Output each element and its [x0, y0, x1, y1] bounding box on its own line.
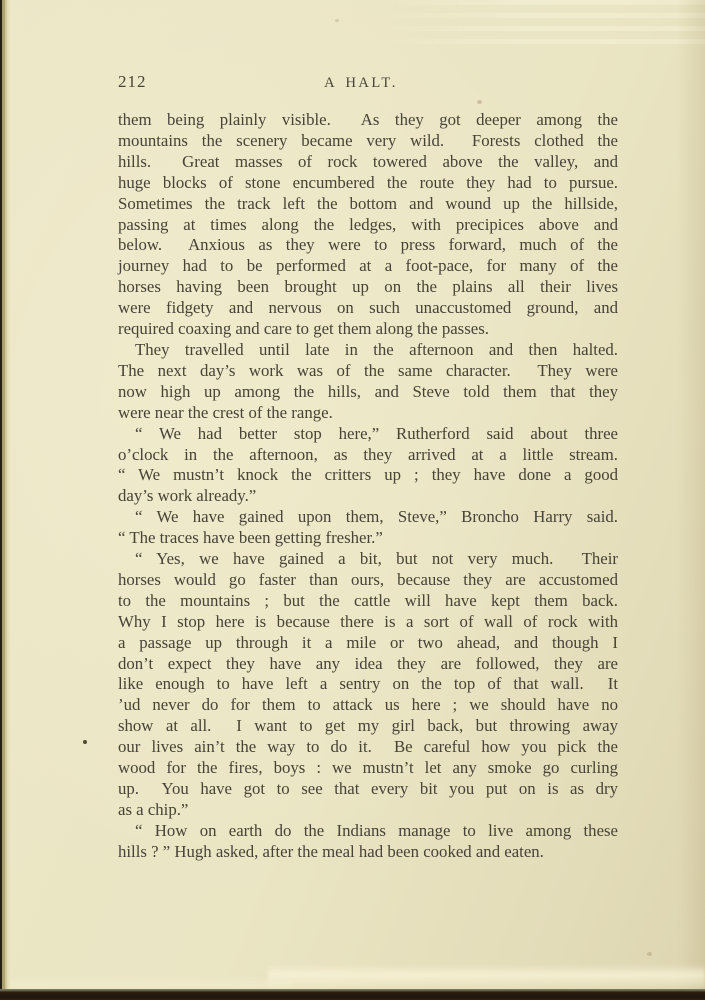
text-line: “ We had better stop here,” Rutherford s… — [118, 424, 618, 445]
text-line: Sometimes the track left the bottom and … — [118, 194, 618, 215]
running-head-title: A HALT. — [118, 75, 604, 92]
speck — [477, 100, 482, 104]
text-line: passing at times along the ledges, with … — [118, 215, 618, 236]
text-line: required coaxing and care to get them al… — [118, 319, 618, 340]
text-line: were near the crest of the range. — [118, 403, 618, 424]
text-line: don’t expect they have any idea they are… — [118, 654, 618, 675]
text-line: “ The traces have been getting fresher.” — [118, 528, 618, 549]
text-line: as a chip.” — [118, 800, 618, 821]
text-line: journey had to be performed at a foot-pa… — [118, 256, 618, 277]
text-line: up. You have got to see that every bit y… — [118, 779, 618, 800]
speck — [335, 19, 339, 22]
book-bottom-edge — [0, 989, 705, 1000]
text-line: “ We have gained upon them, Steve,” Bron… — [118, 507, 618, 528]
text-line: wood for the fires, boys : we mustn’t le… — [118, 758, 618, 779]
speck — [83, 740, 87, 744]
text-line: huge blocks of stone encumbered the rout… — [118, 173, 618, 194]
text-line: “ Yes, we have gained a bit, but not ver… — [118, 549, 618, 570]
text-line: them being plainly visible. As they got … — [118, 110, 618, 131]
text-line: The next day’s work was of the same char… — [118, 361, 618, 382]
text-line: now high up among the hills, and Steve t… — [118, 382, 618, 403]
text-line: were fidgety and nervous on such unaccus… — [118, 298, 618, 319]
text-line: hills ? ” Hugh asked, after the meal had… — [118, 842, 618, 863]
text-line: ’ud never do for them to attack us here … — [118, 695, 618, 716]
text-line: o’clock in the afternoon, as they arrive… — [118, 445, 618, 466]
text-line: to the mountains ; but the cattle will h… — [118, 591, 618, 612]
bottom-page-edge-highlight-left — [10, 975, 292, 989]
text-line: “ We mustn’t knock the critters up ; the… — [118, 465, 618, 486]
text-line: Why I stop here is because there is a so… — [118, 612, 618, 633]
binding-left-edge — [0, 0, 10, 990]
page-edge-streaks — [375, 0, 705, 48]
text-line: They travelled until late in the afterno… — [118, 340, 618, 361]
text-line: “ How on earth do the Indians manage to … — [118, 821, 618, 842]
speck — [647, 952, 652, 956]
text-line: a passage up through it a mile or two ah… — [118, 633, 618, 654]
text-line: our lives ain’t the way to do it. Be car… — [118, 737, 618, 758]
text-line: day’s work already.” — [118, 486, 618, 507]
right-edge-shading — [677, 0, 705, 989]
text-line: horses having been brought up on the pla… — [118, 277, 618, 298]
text-line: mountains the scenery became very wild. … — [118, 131, 618, 152]
text-line: below. Anxious as they were to press for… — [118, 235, 618, 256]
page-header: 212 A HALT. — [118, 72, 618, 94]
bottom-page-edge-highlight — [268, 964, 705, 988]
text-line: show at all. I want to get my girl back,… — [118, 716, 618, 737]
text-line: hills. Great masses of rock towered abov… — [118, 152, 618, 173]
text-line: horses would go faster than ours, becaus… — [118, 570, 618, 591]
text-block: them being plainly visible. As they got … — [118, 110, 618, 863]
text-line: like enough to have left a sentry on the… — [118, 674, 618, 695]
book-page: 212 A HALT. them being plainly visible. … — [0, 0, 705, 1000]
